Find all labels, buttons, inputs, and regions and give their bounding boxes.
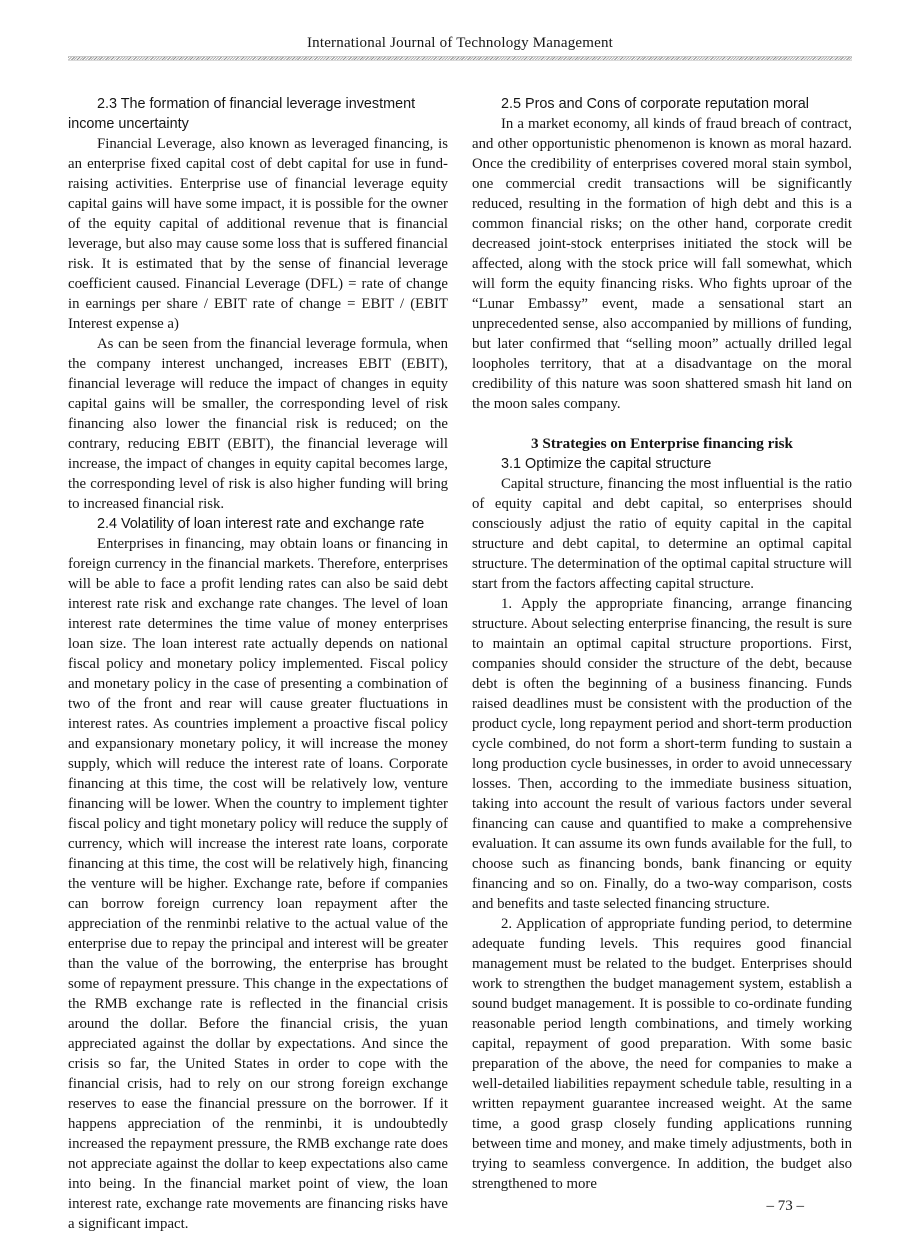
- paragraph-moral-hazard: In a market economy, all kinds of fraud …: [472, 114, 852, 414]
- paragraph-item-1-apply-financing: 1. Apply the appropriate financing, arra…: [472, 594, 852, 914]
- section-heading-2-5: 2.5 Pros and Cons of corporate reputatio…: [472, 94, 852, 114]
- page-number: – 73 –: [68, 1196, 852, 1216]
- section-heading-3-1: 3.1 Optimize the capital structure: [472, 454, 852, 474]
- chapter-heading-3: 3 Strategies on Enterprise financing ris…: [472, 434, 852, 454]
- paragraph-financial-leverage-formula: As can be seen from the financial levera…: [68, 334, 448, 514]
- right-column: 2.5 Pros and Cons of corporate reputatio…: [472, 94, 852, 1234]
- section-heading-2-3: 2.3 The formation of financial leverage …: [68, 94, 448, 134]
- journal-title: International Journal of Technology Mana…: [0, 34, 920, 52]
- header-rule: [68, 56, 852, 61]
- paragraph-capital-structure: Capital structure, financing the most in…: [472, 474, 852, 594]
- paragraph-item-2-funding-period: 2. Application of appropriate funding pe…: [472, 914, 852, 1194]
- paragraph-financial-leverage-definition: Financial Leverage, also known as levera…: [68, 134, 448, 334]
- journal-page: International Journal of Technology Mana…: [0, 0, 920, 1249]
- left-column: 2.3 The formation of financial leverage …: [68, 94, 448, 1234]
- page-body: 2.3 The formation of financial leverage …: [68, 94, 852, 1234]
- paragraph-interest-exchange-rate: Enterprises in financing, may obtain loa…: [68, 534, 448, 1234]
- section-heading-2-4: 2.4 Volatility of loan interest rate and…: [68, 514, 448, 534]
